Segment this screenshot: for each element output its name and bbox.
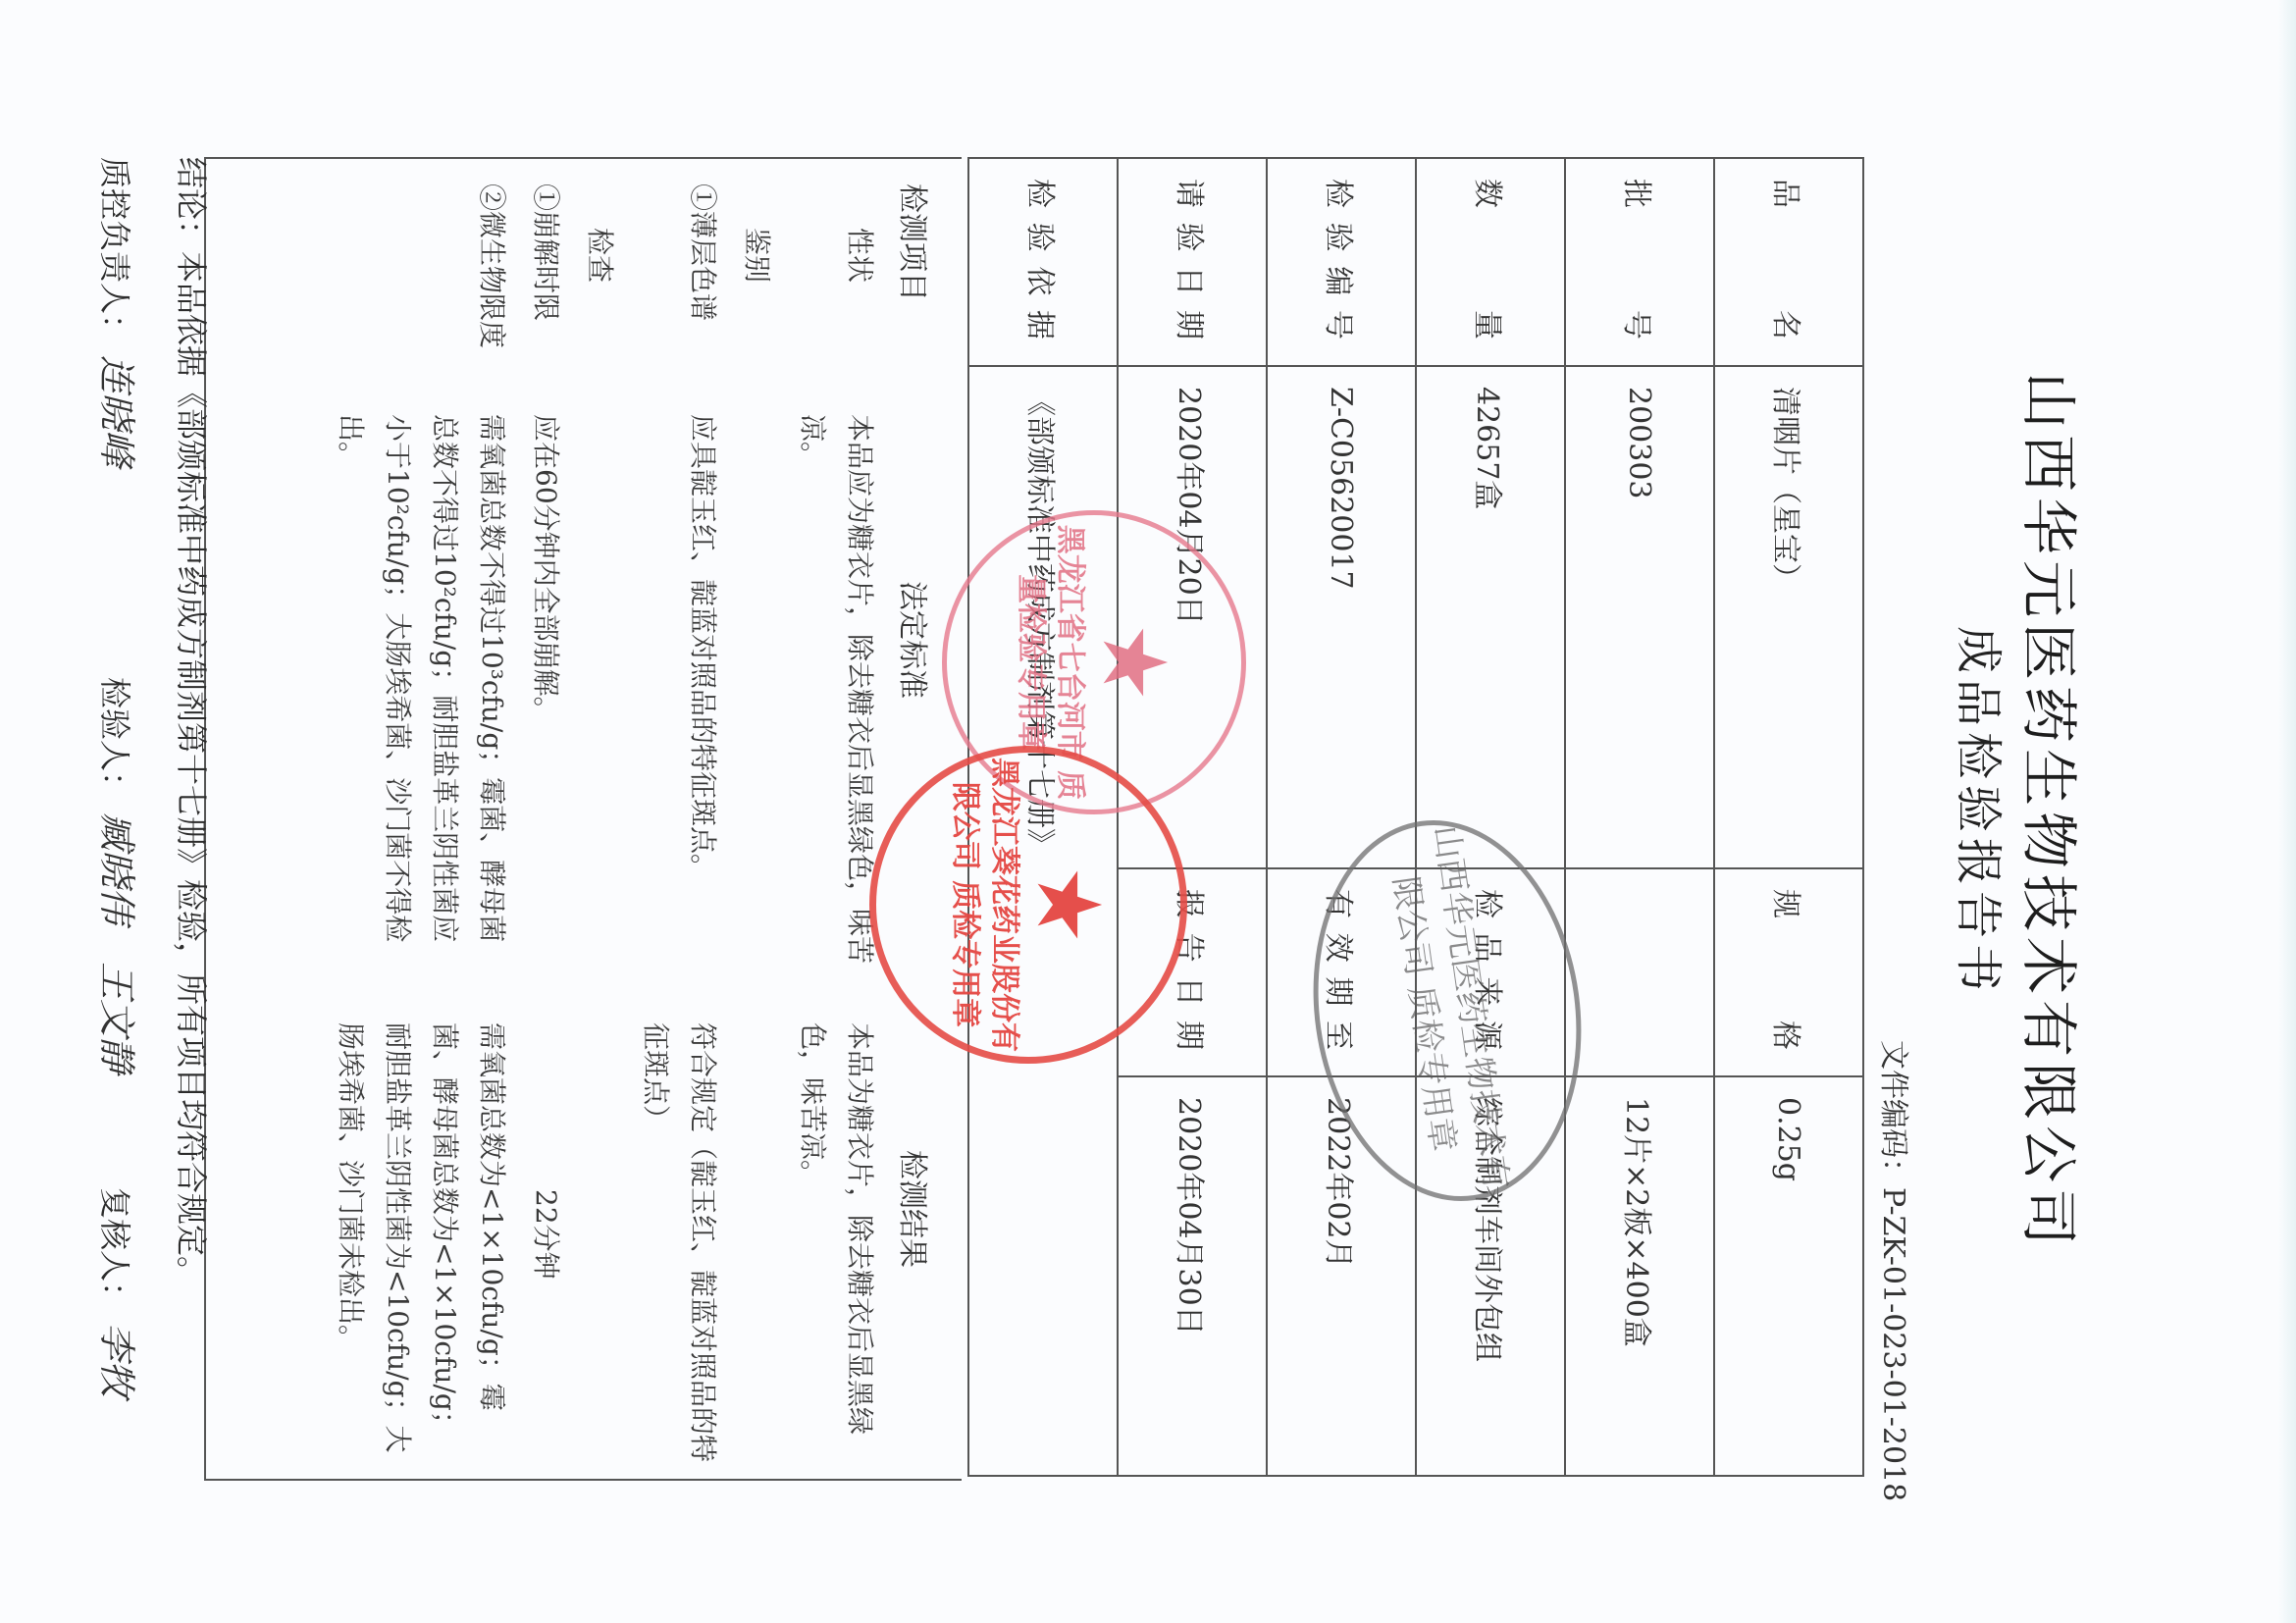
reviewer-label: 复核人： <box>96 1187 133 1313</box>
result-standard: 需氧菌总数不得过10³cfu/g；霉菌、酵母菌总数不得过10²cfu/g；耐胆盐… <box>327 414 515 964</box>
document-code-value: P-ZK-01-023-01-2018 <box>1876 1187 1910 1501</box>
table-row: 品 名 清咽片（星宝） 规 格 0.25g <box>1714 158 1863 1476</box>
results-section: 检测项目 法定标准 检测结果 性状 本品应为糖衣片，除去糖衣后显黑绿色，味苦凉。… <box>204 157 962 1481</box>
spec-label: 规 格 <box>1714 868 1863 1076</box>
inspection-no-value: Z-C05620017 <box>1267 366 1416 868</box>
result-item: ①薄层色谱 <box>679 183 726 409</box>
result-item: ②微生物限度 <box>468 183 515 409</box>
stamp-text: 黑龙江葵花药业股份有限公司 质检专用章 <box>948 758 1021 1052</box>
qc-manager-signature: 质控负责人：连晓峰 <box>93 157 147 467</box>
packaging-label <box>1565 868 1714 1076</box>
result-item: 检查 <box>576 228 623 453</box>
batch-value: 200303 <box>1565 366 1714 868</box>
inspection-no-label: 检验编号 <box>1267 158 1416 366</box>
result-value: 22分钟 <box>522 1189 569 1623</box>
result-standard: 本品应为糖衣片，除去糖衣后显黑绿色，味苦凉。 <box>789 414 883 964</box>
inspector-signature: 检验人：臧晓伟 王文静 <box>93 677 147 1073</box>
quantity-label: 数 量 <box>1416 158 1565 366</box>
result-value: 符合规定（靛玉红、靛蓝对照品的特征斑点） <box>632 1022 726 1464</box>
inspection-stamp-red: ★ 黑龙江葵花药业股份有限公司 质检专用章 <box>869 746 1187 1064</box>
basis-label: 检验依据 <box>968 158 1118 366</box>
document-code: 文件编码：P-ZK-01-023-01-2018 <box>1875 1040 1918 1501</box>
table-row: 数 量 42657盒 检品来源 综合制剂车间外包组 <box>1416 158 1565 1476</box>
inspection-report-page: 山西华元医药生物技术有限公司 成品检验报告书 文件编码：P-ZK-01-023-… <box>0 0 2296 1623</box>
result-value: 本品为糖衣片，除去糖衣后显黑绿色，味苦凉。 <box>789 1022 883 1464</box>
result-item: 鉴别 <box>733 228 780 453</box>
company-name: 山西华元医药生物技术有限公司 <box>2012 0 2095 1623</box>
product-name-value: 清咽片（星宝） <box>1714 366 1863 868</box>
inspector-label: 检验人： <box>96 677 133 803</box>
star-icon: ★ <box>1023 753 1112 1057</box>
table-row: 批 号 200303 12片×2板×400盒 <box>1565 158 1714 1476</box>
scan-edge <box>2278 0 2296 1623</box>
result-value: 需氧菌总数为<1×10cfu/g；霉菌、酵母菌总数为<1×10cfu/g；耐胆盐… <box>327 1022 515 1464</box>
batch-label: 批 号 <box>1565 158 1714 366</box>
packaging-value: 12片×2板×400盒 <box>1565 1076 1714 1476</box>
column-header-result: 检测结果 <box>894 1150 937 1268</box>
qc-manager-name: 连晓峰 <box>95 355 138 467</box>
report-date-value: 2020年04月30日 <box>1118 1076 1267 1476</box>
spec-value: 0.25g <box>1714 1076 1863 1476</box>
reviewer-signature: 复核人：李牧 <box>93 1187 147 1397</box>
table-row: 检验编号 Z-C05620017 有效期至 2022年02月 <box>1267 158 1416 1476</box>
request-date-label: 请验日期 <box>1118 158 1267 366</box>
report-title: 成品检验报告书 <box>1949 0 2016 1623</box>
column-header-standard: 法定标准 <box>894 581 937 699</box>
qc-manager-label: 质控负责人： <box>96 157 133 345</box>
stamp-text: 山西华元医药生物技术有限公司 质检专用章 <box>1375 819 1520 1202</box>
quantity-value: 42657盒 <box>1416 366 1565 868</box>
result-standard: 应具靛玉红、靛蓝对照品的特征斑点。 <box>679 414 726 964</box>
column-header-item: 检测项目 <box>894 183 937 409</box>
product-name-label: 品 名 <box>1714 158 1863 366</box>
result-item: ①崩解时限 <box>522 183 569 409</box>
inspector-name: 臧晓伟 王文静 <box>95 812 138 1073</box>
document-code-label: 文件编码： <box>1876 1040 1910 1187</box>
result-standard: 应在60分钟内全部崩解。 <box>522 414 569 964</box>
reviewer-name: 李牧 <box>95 1323 138 1397</box>
conclusion: 结论：本品依据《部颁标准中药成方制剂第十七册》检验，所有项目均符合规定。 <box>171 157 216 1531</box>
